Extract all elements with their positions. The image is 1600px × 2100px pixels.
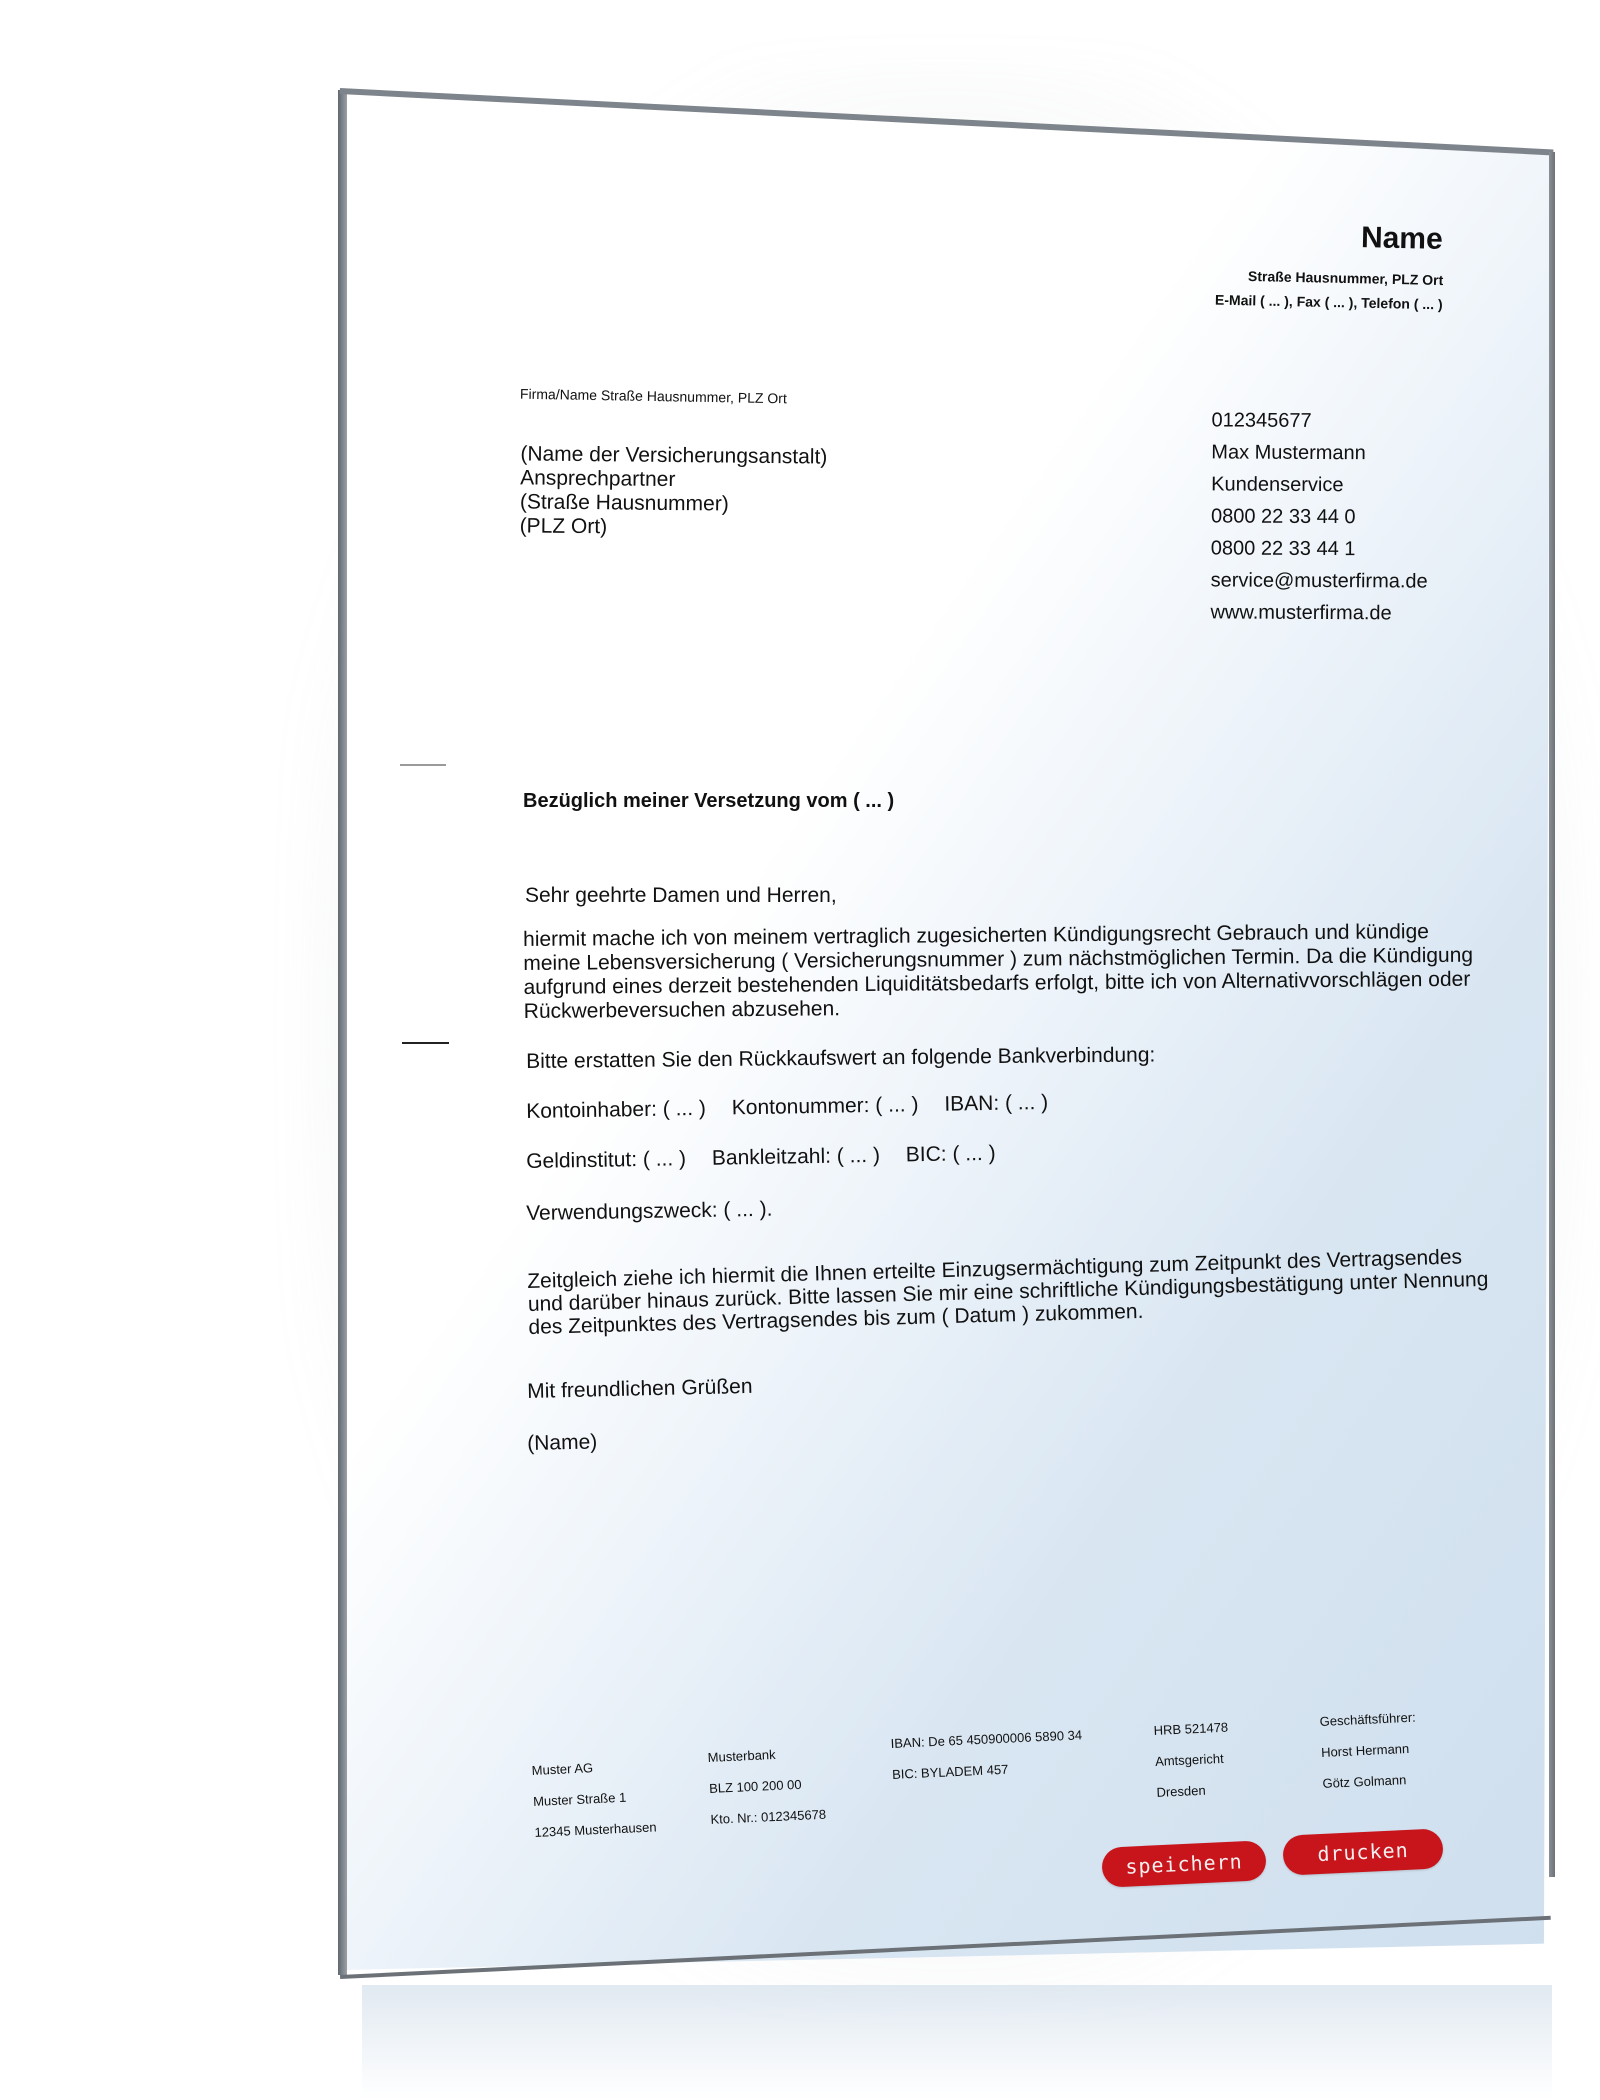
footer-line: HRB 521478 xyxy=(1153,1712,1229,1746)
phone: 0800 22 33 44 0 xyxy=(1211,500,1428,533)
email: service@musterfirma.de xyxy=(1211,564,1428,597)
document-preview: Name Straße Hausnummer, PLZ Ort E-Mail (… xyxy=(0,0,1600,2100)
recipient-line: (PLZ Ort) xyxy=(520,514,827,541)
salutation: Sehr geehrte Damen und Herren, xyxy=(525,884,837,908)
contact-person: Max Mustermann xyxy=(1211,436,1428,469)
account-number: Kontonummer: ( ... ) xyxy=(732,1093,919,1119)
fold-mark xyxy=(400,764,446,766)
recipient-line: Ansprechpartner xyxy=(520,466,827,493)
bank-name: Geldinstitut: ( ... ) xyxy=(526,1147,686,1173)
footer-line: Horst Hermann xyxy=(1320,1733,1417,1768)
payment-reference: Verwendungszweck: ( ... ). xyxy=(526,1198,773,1226)
footer-company: Muster AG Muster Straße 1 12345 Musterha… xyxy=(531,1749,657,1847)
department: Kundenservice xyxy=(1211,468,1428,501)
footer-iban: IBAN: De 65 450900006 5890 34 BIC: BYLAD… xyxy=(890,1719,1084,1790)
account-holder: Kontoinhaber: ( ... ) xyxy=(526,1097,706,1123)
footer-line: 12345 Musterhausen xyxy=(534,1811,657,1848)
footer-line: Amtsgericht xyxy=(1154,1743,1230,1777)
recipient-address: (Name der Versicherungsanstalt) Ansprech… xyxy=(520,442,828,541)
footer-line: Dresden xyxy=(1156,1774,1232,1808)
sheet-edge xyxy=(338,90,347,1975)
sheet-edge xyxy=(1549,152,1555,1877)
recipient-line: (Name der Versicherungsanstalt) xyxy=(520,442,827,469)
signature-name: (Name) xyxy=(527,1430,598,1456)
footer-line: Götz Golmann xyxy=(1322,1764,1419,1799)
iban: IBAN: ( ... ) xyxy=(944,1091,1048,1116)
reference-number: 012345677 xyxy=(1211,404,1428,437)
letterhead-name: Name xyxy=(1361,221,1443,257)
print-button[interactable]: drucken xyxy=(1282,1828,1444,1875)
footer-bank: Musterbank BLZ 100 200 00 Kto. Nr.: 0123… xyxy=(707,1737,827,1835)
closing: Mit freundlichen Grüßen xyxy=(527,1375,753,1404)
save-button[interactable]: speichern xyxy=(1101,1840,1267,1888)
subject-line: Bezüglich meiner Versetzung vom ( ... ) xyxy=(523,790,894,813)
footer-line: Geschäftsführer: xyxy=(1319,1702,1416,1737)
info-block: 012345677 Max Mustermann Kundenservice 0… xyxy=(1210,404,1428,629)
footer-management: Geschäftsführer: Horst Hermann Götz Golm… xyxy=(1319,1702,1419,1799)
bank-code: Bankleitzahl: ( ... ) xyxy=(712,1144,880,1170)
sheet-reflection xyxy=(362,1985,1552,2100)
fax: 0800 22 33 44 1 xyxy=(1211,532,1428,565)
footer-line: Kto. Nr.: 012345678 xyxy=(710,1799,827,1835)
letter-sheet xyxy=(340,90,1550,1970)
punch-mark xyxy=(402,1042,449,1044)
website: www.musterfirma.de xyxy=(1210,596,1427,629)
footer-register: HRB 521478 Amtsgericht Dresden xyxy=(1153,1712,1232,1808)
recipient-line: (Straße Hausnummer) xyxy=(520,490,827,517)
bic: BIC: ( ... ) xyxy=(906,1142,996,1167)
body-paragraph-1: hiermit mache ich von meinem vertraglich… xyxy=(523,920,1474,1024)
